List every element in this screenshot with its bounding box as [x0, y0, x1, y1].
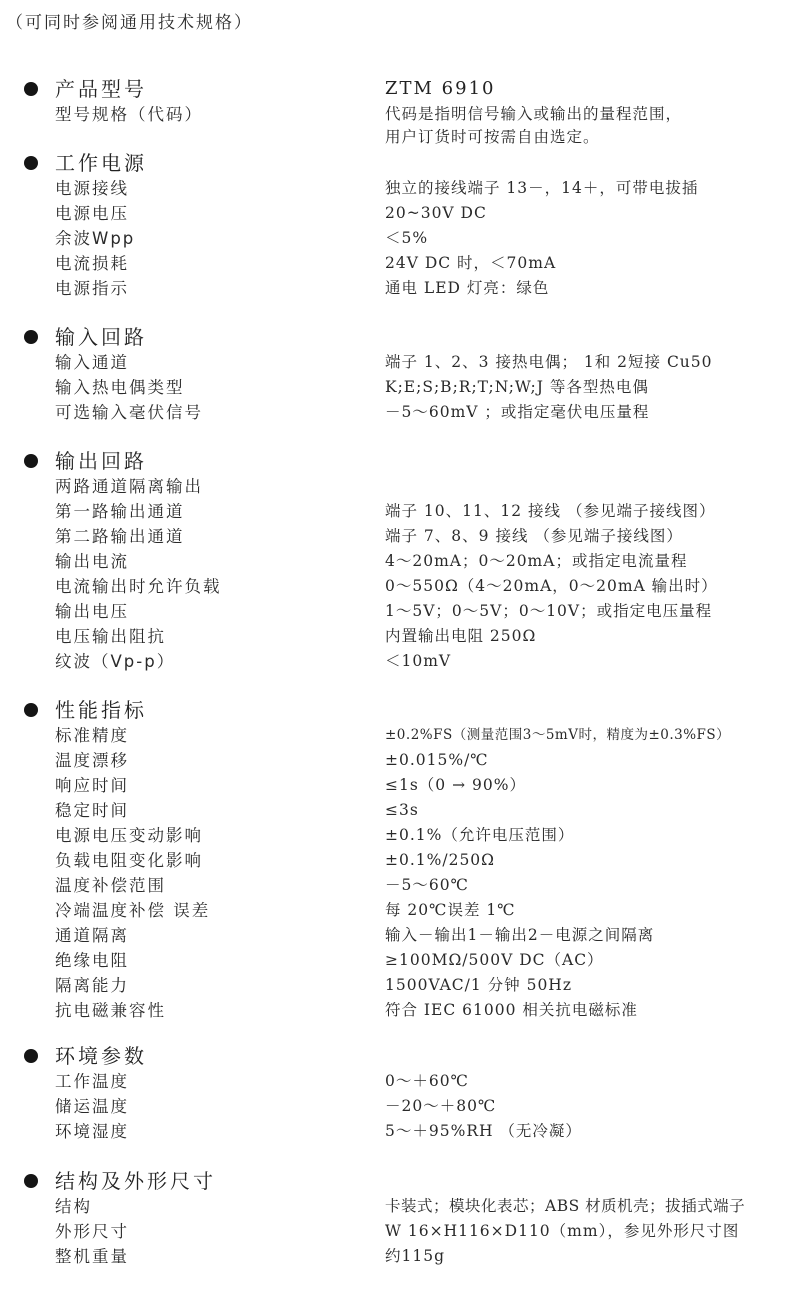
bullet-icon	[24, 156, 38, 170]
spec-value: ±0.1%（允许电压范围）	[385, 823, 574, 848]
spec-row: 冷端温度补偿 误差 每 20℃误差 1℃	[0, 898, 790, 923]
spec-row: 电源电压变动影响 ±0.1%（允许电压范围）	[0, 823, 790, 848]
spec-row: 电源接线 独立的接线端子 13－，14＋，可带电拔插	[0, 176, 790, 201]
spec-label: 储运温度	[55, 1094, 129, 1119]
spec-value: 输入－输出1－输出2－电源之间隔离	[385, 923, 654, 948]
spec-row-continued: 用户订货时可按需自由选定。	[0, 127, 790, 150]
spec-value-line2: 用户订货时可按需自由选定。	[385, 125, 600, 150]
spec-row: 第一路输出通道 端子 10、11、12 接线 （参见端子接线图）	[0, 499, 790, 524]
spec-row: 整机重量 约115g	[0, 1244, 790, 1269]
spec-row: 通道隔离 输入－输出1－输出2－电源之间隔离	[0, 923, 790, 948]
section-title: 结构及外形尺寸	[55, 1168, 216, 1194]
spec-label: 电源接线	[55, 176, 129, 201]
spec-label: 温度漂移	[55, 748, 129, 773]
section-title: 输出回路	[55, 448, 147, 474]
spec-row: 电流损耗 24V DC 时，＜70mA	[0, 251, 790, 276]
spec-row: 标准精度 ±0.2%FS（测量范围3～5mV时，精度为±0.3%FS）	[0, 723, 790, 748]
reference-note: （可同时参阅通用技术规格）	[6, 8, 253, 33]
section-input: 输入回路 输入通道 端子 1、2、3 接热电偶； 1和 2短接 Cu50 输入热…	[0, 324, 790, 425]
spec-label: 第一路输出通道	[55, 499, 185, 524]
spec-label: 第二路输出通道	[55, 524, 185, 549]
spec-label: 整机重量	[55, 1244, 129, 1269]
section-header: 工作电源	[0, 150, 790, 176]
spec-value: K;E;S;B;R;T;N;W;J 等各型热电偶	[385, 375, 649, 400]
spec-label: 电源指示	[55, 276, 129, 301]
spec-value: 代码是指明信号输入或输出的量程范围，	[385, 102, 682, 127]
spec-row: 输入热电偶类型 K;E;S;B;R;T;N;W;J 等各型热电偶	[0, 375, 790, 400]
spec-label: 隔离能力	[55, 973, 129, 998]
spec-row: 结构 卡装式；模块化表芯；ABS 材质机壳；拔插式端子	[0, 1194, 790, 1219]
spec-value: ±0.015%/℃	[385, 748, 489, 773]
spec-row: 稳定时间 ≤3s	[0, 798, 790, 823]
spec-value: 4～20mA；0～20mA；或指定电流量程	[385, 549, 687, 574]
spec-row: 温度漂移 ±0.015%/℃	[0, 748, 790, 773]
section-header: 输出回路	[0, 448, 790, 474]
spec-value: 24V DC 时，＜70mA	[385, 251, 556, 276]
section-title: 性能指标	[55, 697, 147, 723]
spec-label: 输入通道	[55, 350, 129, 375]
section-header: 结构及外形尺寸	[0, 1168, 790, 1194]
section-performance: 性能指标 标准精度 ±0.2%FS（测量范围3～5mV时，精度为±0.3%FS）…	[0, 697, 790, 1023]
spec-row: 型号规格（代码） 代码是指明信号输入或输出的量程范围，	[0, 102, 790, 127]
spec-value: 每 20℃误差 1℃	[385, 898, 516, 923]
spec-label: 电源电压	[55, 201, 129, 226]
spec-label: 负载电阻变化影响	[55, 848, 203, 873]
spec-value: 通电 LED 灯亮：绿色	[385, 276, 549, 301]
spec-label: 输出电压	[55, 599, 129, 624]
spec-row: 抗电磁兼容性 符合 IEC 61000 相关抗电磁标准	[0, 998, 790, 1023]
section-title: 环境参数	[55, 1043, 147, 1069]
spec-row: 第二路输出通道 端子 7、8、9 接线 （参见端子接线图）	[0, 524, 790, 549]
bullet-icon	[24, 1049, 38, 1063]
spec-value: ＜10mV	[385, 649, 451, 674]
bullet-icon	[24, 82, 38, 96]
spec-label: 响应时间	[55, 773, 129, 798]
section-structure: 结构及外形尺寸 结构 卡装式；模块化表芯；ABS 材质机壳；拔插式端子 外形尺寸…	[0, 1168, 790, 1269]
spec-row: 电源指示 通电 LED 灯亮：绿色	[0, 276, 790, 301]
spec-label: 通道隔离	[55, 923, 129, 948]
spec-row: 工作温度 0～＋60℃	[0, 1069, 790, 1094]
spec-value: ≤1s（0 → 90%）	[385, 773, 526, 798]
spec-label: 电流损耗	[55, 251, 129, 276]
spec-row: 电压输出阻抗 内置输出电阻 250Ω	[0, 624, 790, 649]
spec-label: 外形尺寸	[55, 1219, 129, 1244]
spec-value: 独立的接线端子 13－，14＋，可带电拔插	[385, 176, 698, 201]
spec-row: 外形尺寸 W 16×H116×D110（mm），参见外形尺寸图	[0, 1219, 790, 1244]
spec-label: 冷端温度补偿 误差	[55, 898, 210, 923]
spec-row: 纹波（Vp-p） ＜10mV	[0, 649, 790, 674]
bullet-icon	[24, 454, 38, 468]
spec-value: ≤3s	[385, 798, 419, 823]
spec-label: 输出电流	[55, 549, 129, 574]
spec-label: 标准精度	[55, 723, 129, 748]
spec-value: 0～＋60℃	[385, 1069, 469, 1094]
spec-value: 20~30V DC	[385, 201, 487, 226]
section-power: 工作电源 电源接线 独立的接线端子 13－，14＋，可带电拔插 电源电压 20~…	[0, 150, 790, 301]
section-title: 输入回路	[55, 324, 147, 350]
spec-label: 结构	[55, 1194, 92, 1219]
spec-row: 输出电压 1～5V；0～5V；0～10V；或指定电压量程	[0, 599, 790, 624]
bullet-icon	[24, 330, 38, 344]
spec-value: －20～＋80℃	[385, 1094, 496, 1119]
spec-label: 温度补偿范围	[55, 873, 166, 898]
spec-row: 环境湿度 5～＋95%RH （无冷凝）	[0, 1119, 790, 1144]
spec-value: ±0.2%FS（测量范围3～5mV时，精度为±0.3%FS）	[385, 723, 730, 748]
section-product-model: 产品型号 ZTM 6910 型号规格（代码） 代码是指明信号输入或输出的量程范围…	[0, 76, 790, 150]
spec-row: 储运温度 －20～＋80℃	[0, 1094, 790, 1119]
section-header: 环境参数	[0, 1043, 790, 1069]
spec-value: 1500VAC/1 分钟 50Hz	[385, 973, 572, 998]
spec-label: 纹波（Vp-p）	[55, 649, 175, 674]
spec-value: ≥100MΩ/500V DC（AC）	[385, 948, 604, 973]
spec-row: 输入通道 端子 1、2、3 接热电偶； 1和 2短接 Cu50	[0, 350, 790, 375]
spec-value: 符合 IEC 61000 相关抗电磁标准	[385, 998, 638, 1023]
spec-value: 0～550Ω（4～20mA，0～20mA 输出时）	[385, 574, 718, 599]
spec-row: 绝缘电阻 ≥100MΩ/500V DC（AC）	[0, 948, 790, 973]
spec-label: 可选输入毫伏信号	[55, 400, 203, 425]
spec-value: 内置输出电阻 250Ω	[385, 624, 536, 649]
spec-value: 端子 7、8、9 接线 （参见端子接线图）	[385, 524, 683, 549]
section-output: 输出回路 两路通道隔离输出 第一路输出通道 端子 10、11、12 接线 （参见…	[0, 448, 790, 674]
spec-label: 电源电压变动影响	[55, 823, 203, 848]
spec-value: －5～60mV ；或指定毫伏电压量程	[385, 400, 649, 425]
spec-row: 余波Wpp ＜5%	[0, 226, 790, 251]
spec-label: 稳定时间	[55, 798, 129, 823]
bullet-icon	[24, 1174, 38, 1188]
spec-label: 余波Wpp	[55, 226, 135, 251]
spec-value: ±0.1%/250Ω	[385, 848, 495, 873]
spec-label: 抗电磁兼容性	[55, 998, 166, 1023]
section-header: 产品型号 ZTM 6910	[0, 76, 790, 102]
spec-value: 卡装式；模块化表芯；ABS 材质机壳；拔插式端子	[385, 1194, 745, 1219]
spec-label: 输入热电偶类型	[55, 375, 185, 400]
spec-value: －5～60℃	[385, 873, 469, 898]
spec-row: 温度补偿范围 －5～60℃	[0, 873, 790, 898]
spec-label: 电压输出阻抗	[55, 624, 166, 649]
spec-row: 隔离能力 1500VAC/1 分钟 50Hz	[0, 973, 790, 998]
spec-row: 可选输入毫伏信号 －5～60mV ；或指定毫伏电压量程	[0, 400, 790, 425]
section-title: 工作电源	[55, 150, 147, 176]
spec-label: 型号规格（代码）	[55, 102, 203, 127]
spec-label: 工作温度	[55, 1069, 129, 1094]
spec-value: 1～5V；0～5V；0～10V；或指定电压量程	[385, 599, 712, 624]
model-number: ZTM 6910	[385, 76, 495, 102]
section-header: 性能指标	[0, 697, 790, 723]
spec-row: 电源电压 20~30V DC	[0, 201, 790, 226]
bullet-icon	[24, 703, 38, 717]
spec-value: 端子 1、2、3 接热电偶； 1和 2短接 Cu50	[385, 350, 713, 375]
spec-label: 绝缘电阻	[55, 948, 129, 973]
spec-row: 负载电阻变化影响 ±0.1%/250Ω	[0, 848, 790, 873]
section-header: 输入回路	[0, 324, 790, 350]
spec-label: 环境湿度	[55, 1119, 129, 1144]
section-environment: 环境参数 工作温度 0～＋60℃ 储运温度 －20～＋80℃ 环境湿度 5～＋9…	[0, 1043, 790, 1144]
spec-row: 响应时间 ≤1s（0 → 90%）	[0, 773, 790, 798]
spec-row: 两路通道隔离输出	[0, 474, 790, 499]
spec-row: 输出电流 4～20mA；0～20mA；或指定电流量程	[0, 549, 790, 574]
spec-row: 电流输出时允许负载 0～550Ω（4～20mA，0～20mA 输出时）	[0, 574, 790, 599]
spec-value: 5～＋95%RH （无冷凝）	[385, 1119, 582, 1144]
spec-value: W 16×H116×D110（mm），参见外形尺寸图	[385, 1219, 739, 1244]
spec-value: 端子 10、11、12 接线 （参见端子接线图）	[385, 499, 715, 524]
spec-label: 电流输出时允许负载	[55, 574, 222, 599]
spec-value: 约115g	[385, 1244, 445, 1269]
spec-value: ＜5%	[385, 226, 428, 251]
spec-label: 两路通道隔离输出	[55, 474, 203, 499]
section-title: 产品型号	[55, 76, 147, 102]
